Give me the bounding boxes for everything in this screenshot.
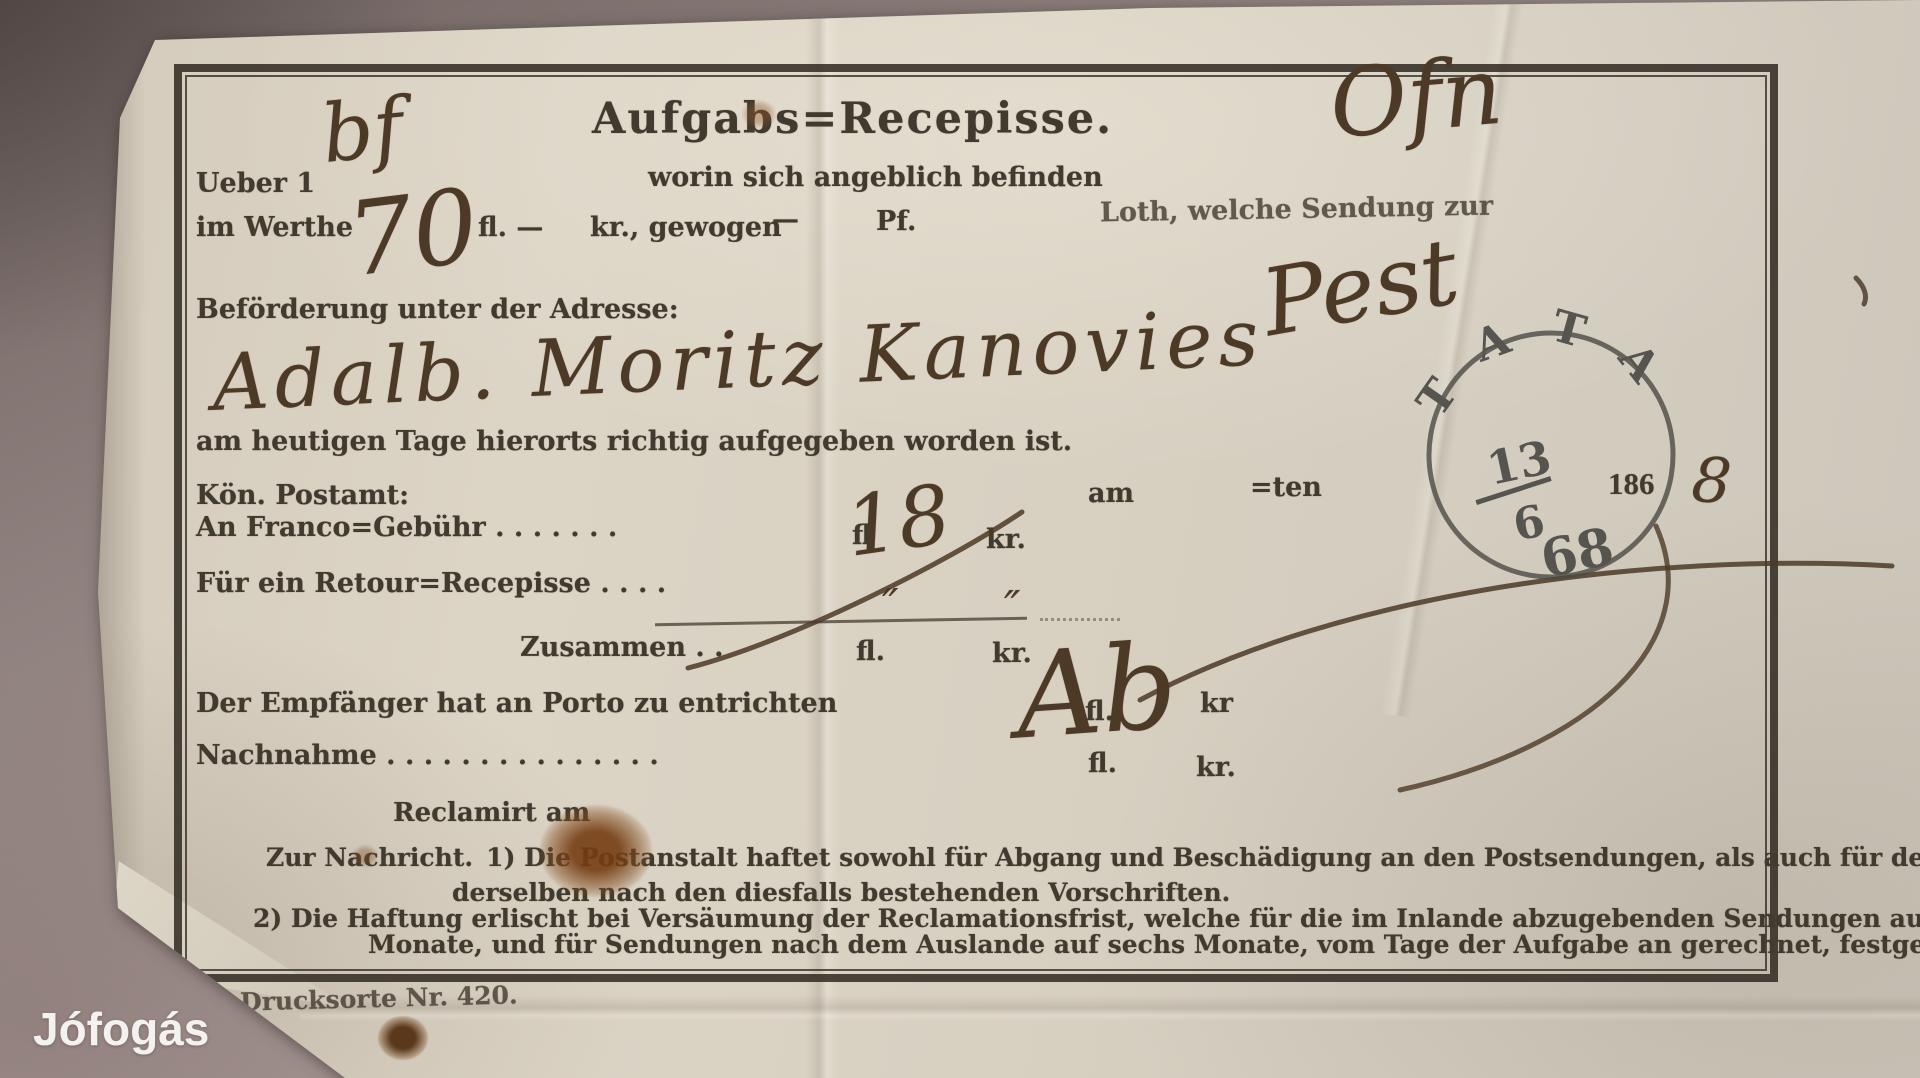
- notice-1-text: 1) Die Postanstalt haftet sowohl für Abg…: [486, 843, 1920, 872]
- label-worin: worin sich angeblich befinden: [648, 162, 1103, 193]
- notice-heading: Zur Nachricht.: [266, 843, 473, 872]
- postmark-year: 68: [1535, 516, 1618, 591]
- handwritten-franco-amount: 18: [840, 467, 957, 576]
- label-zusammen-fl: fl.: [856, 636, 885, 667]
- handwritten-origin: Ofn: [1326, 37, 1507, 161]
- handwritten-top-mark: bf: [317, 80, 407, 181]
- tata-postmark-stamp: TATA 13 6 68: [1391, 295, 1711, 615]
- label-nachnahme: Nachnahme . . . . . . . . . . . . . . .: [196, 740, 659, 771]
- photo-of-postal-receipt: Aufgabs=Recepisse. Ueber 1 worin sich an…: [0, 0, 1920, 1078]
- site-watermark: Jófogás: [33, 1002, 209, 1056]
- label-empfaenger-kr: kr: [1200, 688, 1233, 719]
- label-reclamirt: Reclamirt am: [393, 798, 590, 828]
- label-zusammen: Zusammen . .: [520, 632, 724, 663]
- handwritten-ditto-right: ″: [1004, 582, 1020, 633]
- label-ueber: Ueber 1: [196, 168, 315, 199]
- handwritten-value: 70: [341, 167, 484, 301]
- label-postamt: Kön. Postamt:: [196, 480, 409, 511]
- label-aufgegeben: am heutigen Tage hierorts richtig aufgeg…: [196, 426, 1072, 457]
- receipt-paper-wrap: Aufgabs=Recepisse. Ueber 1 worin sich an…: [0, 0, 1920, 1078]
- notice-line-1: Zur Nachricht. 1) Die Postanstalt haftet…: [266, 843, 1920, 872]
- label-franco-kr: kr.: [986, 524, 1026, 555]
- label-im-werthe: im Werthe: [196, 212, 353, 243]
- bottom-crease: [300, 995, 1920, 1021]
- notice-2-text: 2) Die Haftung erlischt bei Versäumung d…: [253, 904, 1920, 933]
- label-pf: Pf.: [876, 206, 916, 237]
- handwritten-ditto-left: ″: [882, 580, 898, 631]
- receipt-paper: Aufgabs=Recepisse. Ueber 1 worin sich an…: [0, 0, 1920, 1078]
- stain-bottom: [378, 1016, 428, 1060]
- label-befoerderung: Beförderung unter der Adresse:: [196, 294, 679, 325]
- label-retour: Für ein Retour=Recepisse . . . .: [196, 568, 666, 599]
- postmark-day: 13: [1482, 430, 1556, 496]
- label-dash: —: [772, 204, 799, 235]
- form-title: Aufgabs=Recepisse.: [592, 94, 1113, 144]
- handwritten-signature: Ab: [1011, 617, 1181, 766]
- label-franco: An Franco=Gebühr . . . . . . .: [196, 512, 617, 543]
- label-empfaenger: Der Empfänger hat an Porto zu entrichten: [196, 688, 837, 719]
- label-nachnahme-kr: kr.: [1196, 752, 1236, 783]
- drucksorte-number: Drucksorte Nr. 420.: [240, 980, 518, 1016]
- pen-mark-right-edge: [1856, 278, 1866, 304]
- notice-2b-text: Monate, und für Sendungen nach dem Ausla…: [368, 930, 1920, 959]
- notice-1b-text: derselben nach den diesfalls bestehenden…: [452, 878, 1230, 907]
- label-kr-gewogen: kr., gewogen: [590, 212, 782, 243]
- label-am: am: [1088, 478, 1134, 509]
- label-ten: =ten: [1250, 472, 1322, 503]
- label-fl-dash: fl. —: [478, 212, 543, 243]
